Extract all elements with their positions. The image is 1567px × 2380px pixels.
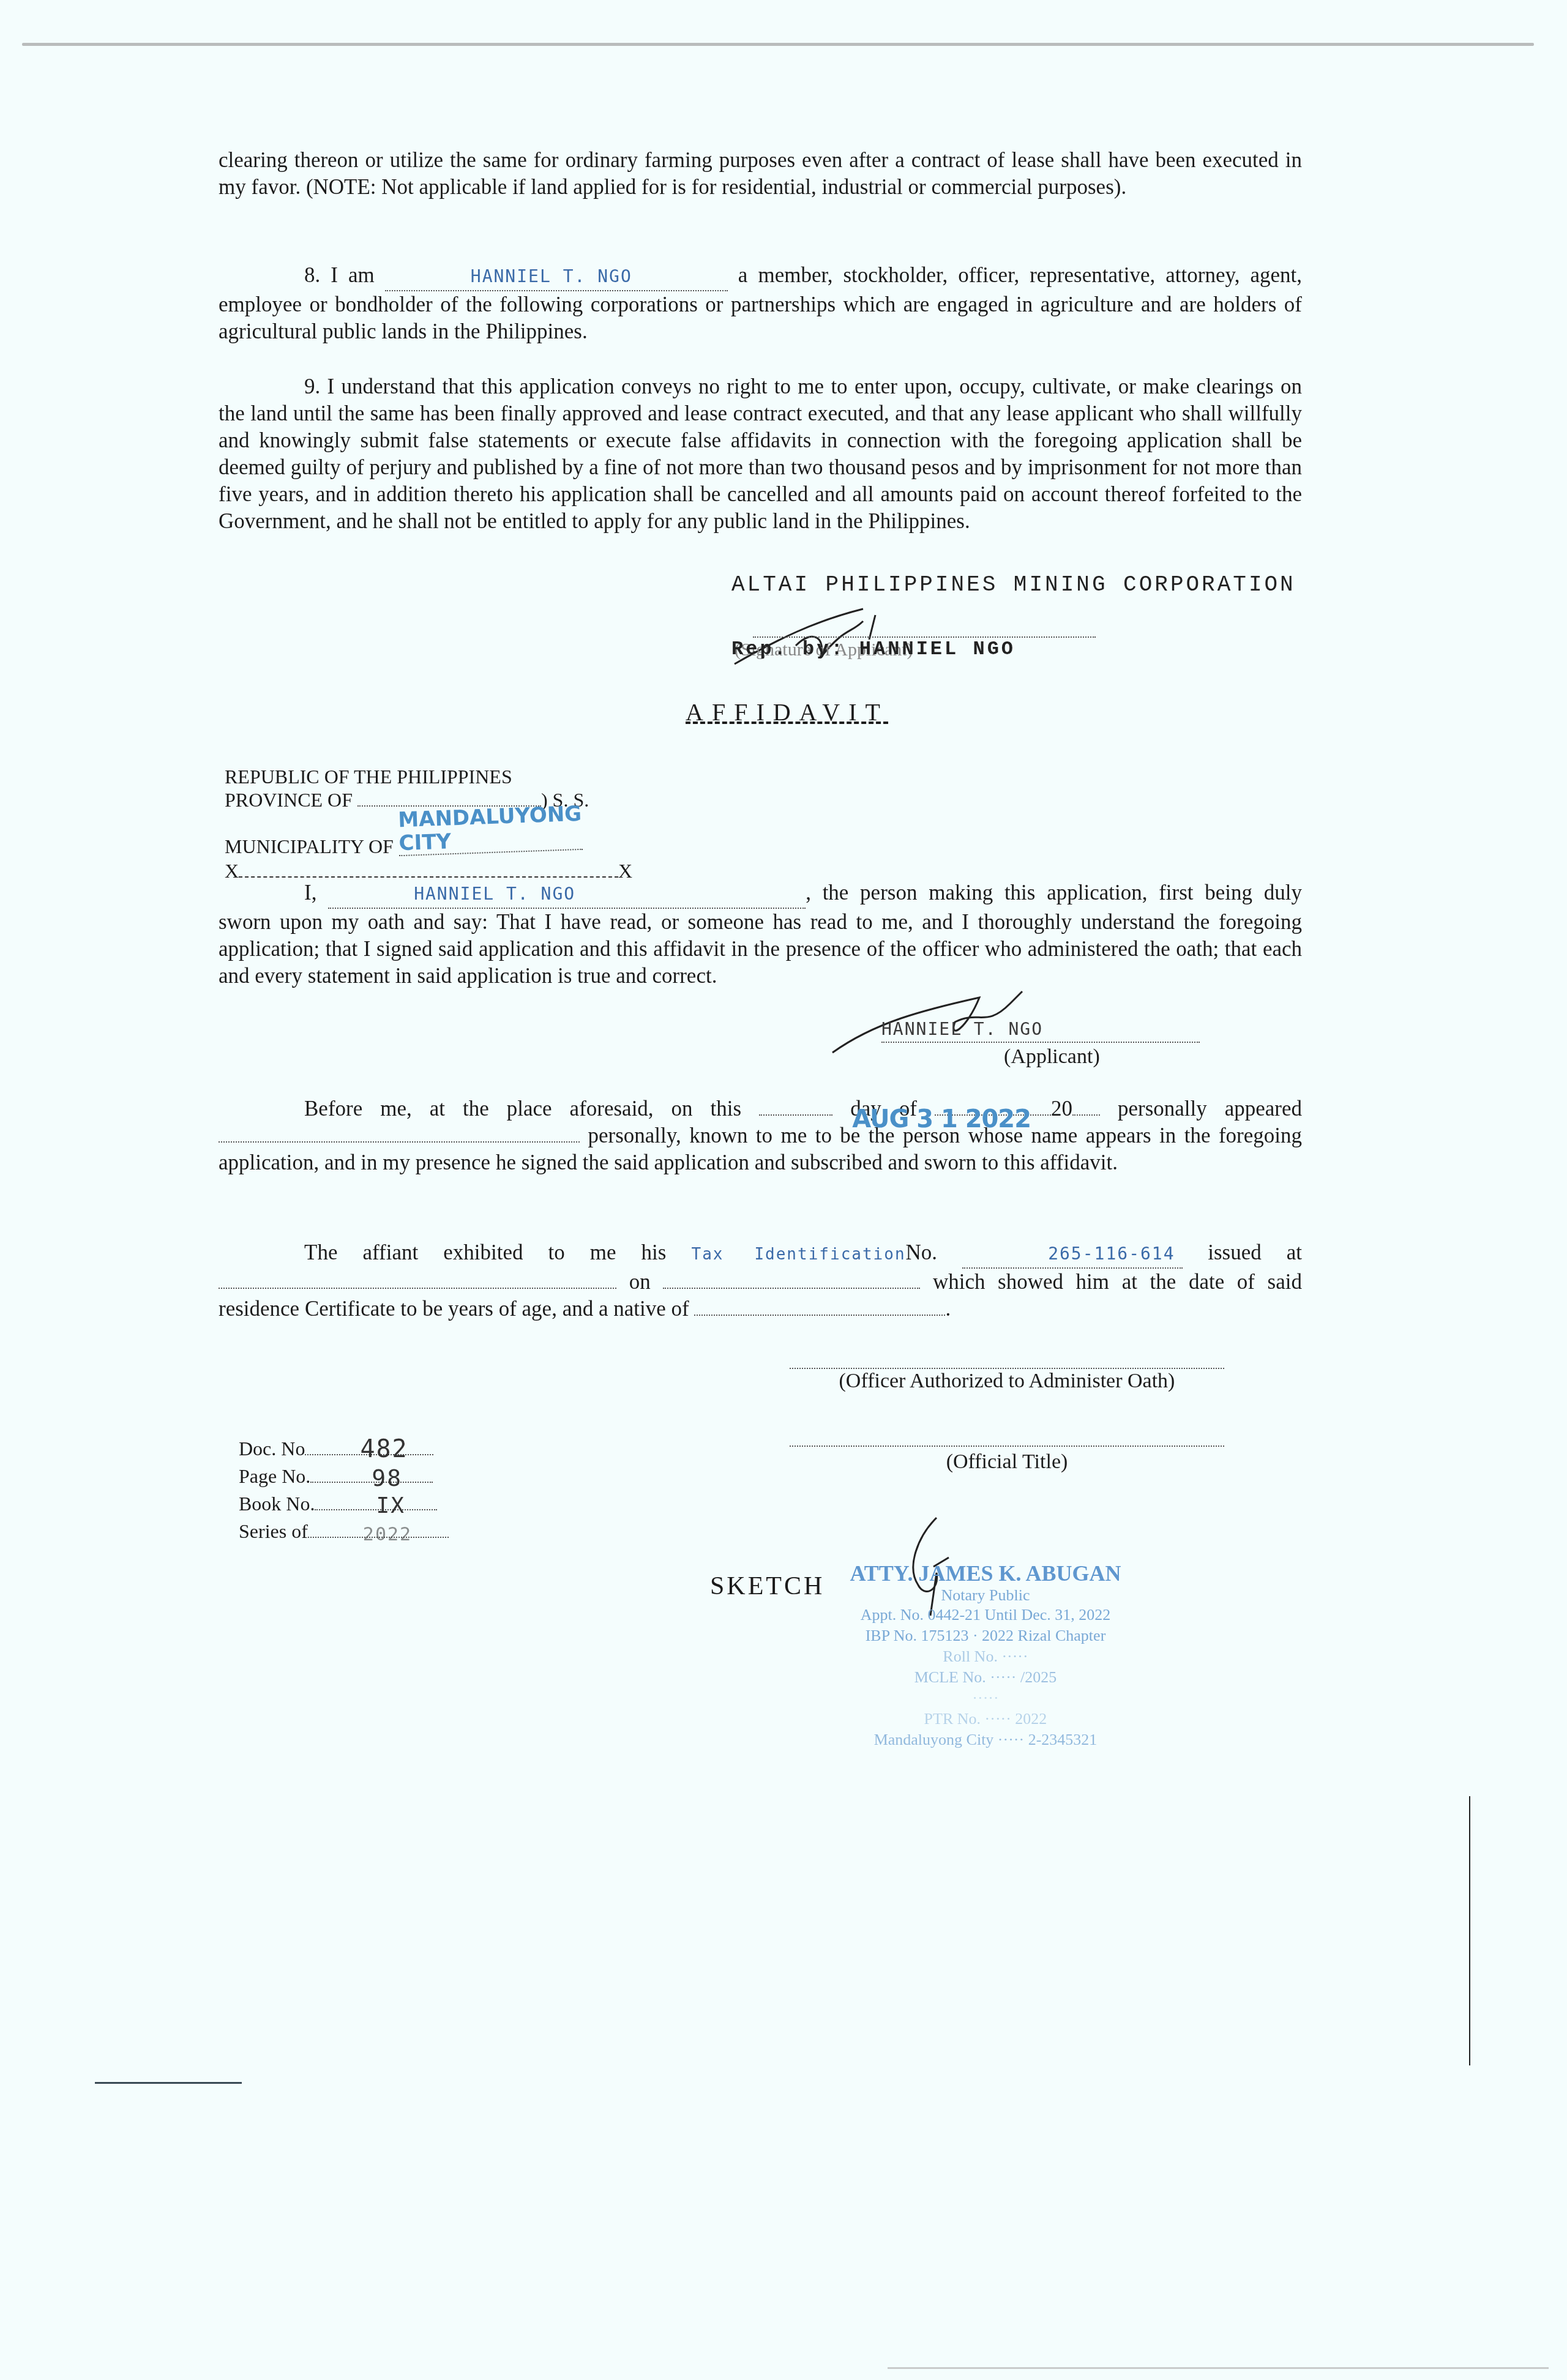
series-label: Series of: [239, 1520, 308, 1542]
jurat-part2: personally appeared: [1118, 1097, 1302, 1121]
id-on-label: on: [629, 1270, 651, 1294]
id-clause: The affiant exhibited to me his Tax Iden…: [219, 1239, 1302, 1322]
id-number-handwritten: 265-116-614: [1048, 1244, 1175, 1264]
register-page-no: Page No.98: [239, 1463, 449, 1490]
series-value: 2022: [363, 1521, 412, 1548]
issued-on-field[interactable]: [663, 1288, 920, 1289]
notary-line-faded: ·····: [783, 1688, 1187, 1709]
id-issued-at: issued at: [1208, 1240, 1302, 1264]
venue-x-left: X: [225, 860, 239, 882]
book-no-value: IX: [376, 1492, 405, 1520]
officer-caption: (Officer Authorized to Administer Oath): [790, 1370, 1224, 1393]
paragraph-8: 8. I am HANNIEL T. NGO a member, stockho…: [219, 262, 1302, 345]
notarial-register: Doc. No482 Page No.98 Book No.IX Series …: [239, 1435, 449, 1545]
notary-line-ibp: IBP No. 175123 · 2022 Rizal Chapter: [783, 1625, 1187, 1646]
notary-stamp: ATTY. JAMES K. ABUGAN Notary Public Appt…: [783, 1561, 1187, 1750]
paragraph-9-text: 9. I understand that this application co…: [219, 375, 1302, 533]
notary-name: ATTY. JAMES K. ABUGAN: [783, 1561, 1187, 1586]
officer-signature-line: [790, 1368, 1224, 1369]
jurat-part1: Before me, at the place aforesaid, on th…: [304, 1097, 741, 1121]
scan-mark: [95, 2082, 242, 2084]
venue-block: REPUBLIC OF THE PHILIPPINES PROVINCE OF …: [225, 765, 632, 882]
jurat-year-prefix: 20: [1051, 1097, 1072, 1121]
jurat-year-field[interactable]: [1072, 1114, 1100, 1116]
id-clause-end: .: [945, 1297, 951, 1321]
venue-municipality: MUNICIPALITY OF MANDALUYONG CITY: [225, 811, 632, 859]
represented-by: Rep. by: HANNIEL NGO: [731, 638, 1015, 660]
doc-no-label: Doc. No: [239, 1438, 305, 1460]
id-clause-part1: The affiant exhibited to me his: [304, 1240, 666, 1264]
jurat-paragraph: Before me, at the place aforesaid, on th…: [219, 1095, 1302, 1176]
venue-republic: REPUBLIC OF THE PHILIPPINES: [225, 765, 632, 788]
notary-title: Notary Public: [783, 1586, 1187, 1605]
scan-margin-line: [1469, 1796, 1470, 2065]
id-no-label: No.: [906, 1240, 938, 1264]
official-title-line: [790, 1446, 1224, 1447]
scan-bottom-edge: [888, 2367, 1549, 2369]
venue-dashes: [239, 876, 618, 878]
member-name-handwritten: HANNIEL T. NGO: [471, 266, 632, 286]
notary-line-ptr: PTR No. ····· 2022: [783, 1709, 1187, 1729]
official-title-caption: (Official Title): [790, 1450, 1224, 1474]
scan-top-edge: [22, 43, 1534, 46]
native-of-field[interactable]: [694, 1315, 945, 1316]
jurat-day-field[interactable]: AUG 3 1 2022: [759, 1114, 832, 1116]
book-no-field[interactable]: IX: [315, 1509, 437, 1510]
paragraph-7-text: clearing thereon or utilize the same for…: [219, 148, 1302, 199]
notary-stamp-lines: Appt. No. 0442-21 Until Dec. 31, 2022 IB…: [783, 1605, 1187, 1750]
member-name-field[interactable]: HANNIEL T. NGO: [385, 262, 728, 291]
id-number-field[interactable]: 265-116-614: [962, 1239, 1183, 1269]
doc-no-value: 482: [360, 1436, 408, 1463]
municipality-stamp[interactable]: MANDALUYONG CITY: [398, 802, 583, 856]
province-label: PROVINCE OF: [225, 789, 353, 811]
page-no-field[interactable]: 98: [310, 1482, 433, 1483]
date-stamp: AUG 3 1 2022: [766, 1106, 1031, 1133]
register-book-no: Book No.IX: [239, 1490, 449, 1518]
applicant-signature-line: [881, 1042, 1200, 1043]
register-series: Series of2022: [239, 1518, 449, 1545]
jurat-part3: personally, known to me to be the person…: [219, 1124, 1302, 1174]
page-no-value: 98: [372, 1464, 402, 1492]
oath-prefix: I,: [304, 881, 316, 905]
register-doc-no: Doc. No482: [239, 1435, 449, 1463]
notary-line-roll: Roll No. ·····: [783, 1646, 1187, 1667]
paragraph-9: 9. I understand that this application co…: [219, 373, 1302, 535]
id-type-handwritten: Tax Identification: [692, 1245, 906, 1264]
applicant-caption: (Applicant): [1004, 1045, 1100, 1069]
venue-x-right: X: [618, 860, 632, 882]
appeared-name-field[interactable]: [219, 1141, 580, 1143]
affidavit-title: AFFIDAVIT: [686, 698, 889, 726]
notary-line-address: Mandaluyong City ····· 2-2345321: [783, 1729, 1187, 1750]
oath-paragraph: I, HANNIEL T. NGO, the person making thi…: [219, 879, 1302, 990]
paragraph-7-continuation: clearing thereon or utilize the same for…: [219, 147, 1302, 201]
company-name: ALTAI PHILIPPINES MINING CORPORATION: [731, 572, 1296, 597]
notary-line-mcle: MCLE No. ····· /2025: [783, 1667, 1187, 1688]
page-no-label: Page No.: [239, 1465, 310, 1487]
applicant-printed-name: HANNIEL T. NGO: [881, 1019, 1043, 1039]
doc-no-field[interactable]: 482: [305, 1454, 433, 1455]
paragraph-8-text: a member, stockholder, officer, represen…: [219, 263, 1302, 343]
municipality-label: MUNICIPALITY OF: [225, 835, 394, 857]
affiant-name-field[interactable]: HANNIEL T. NGO: [328, 879, 806, 909]
notary-line-appointment: Appt. No. 0442-21 Until Dec. 31, 2022: [783, 1605, 1187, 1625]
book-no-label: Book No.: [239, 1493, 315, 1515]
affiant-name-handwritten: HANNIEL T. NGO: [414, 884, 575, 904]
paragraph-8-prefix: 8. I am: [304, 263, 375, 287]
issued-at-field[interactable]: [219, 1288, 616, 1289]
series-field[interactable]: 2022: [308, 1537, 449, 1538]
id-clause-part2: which showed him at the date of said res…: [219, 1270, 1302, 1321]
